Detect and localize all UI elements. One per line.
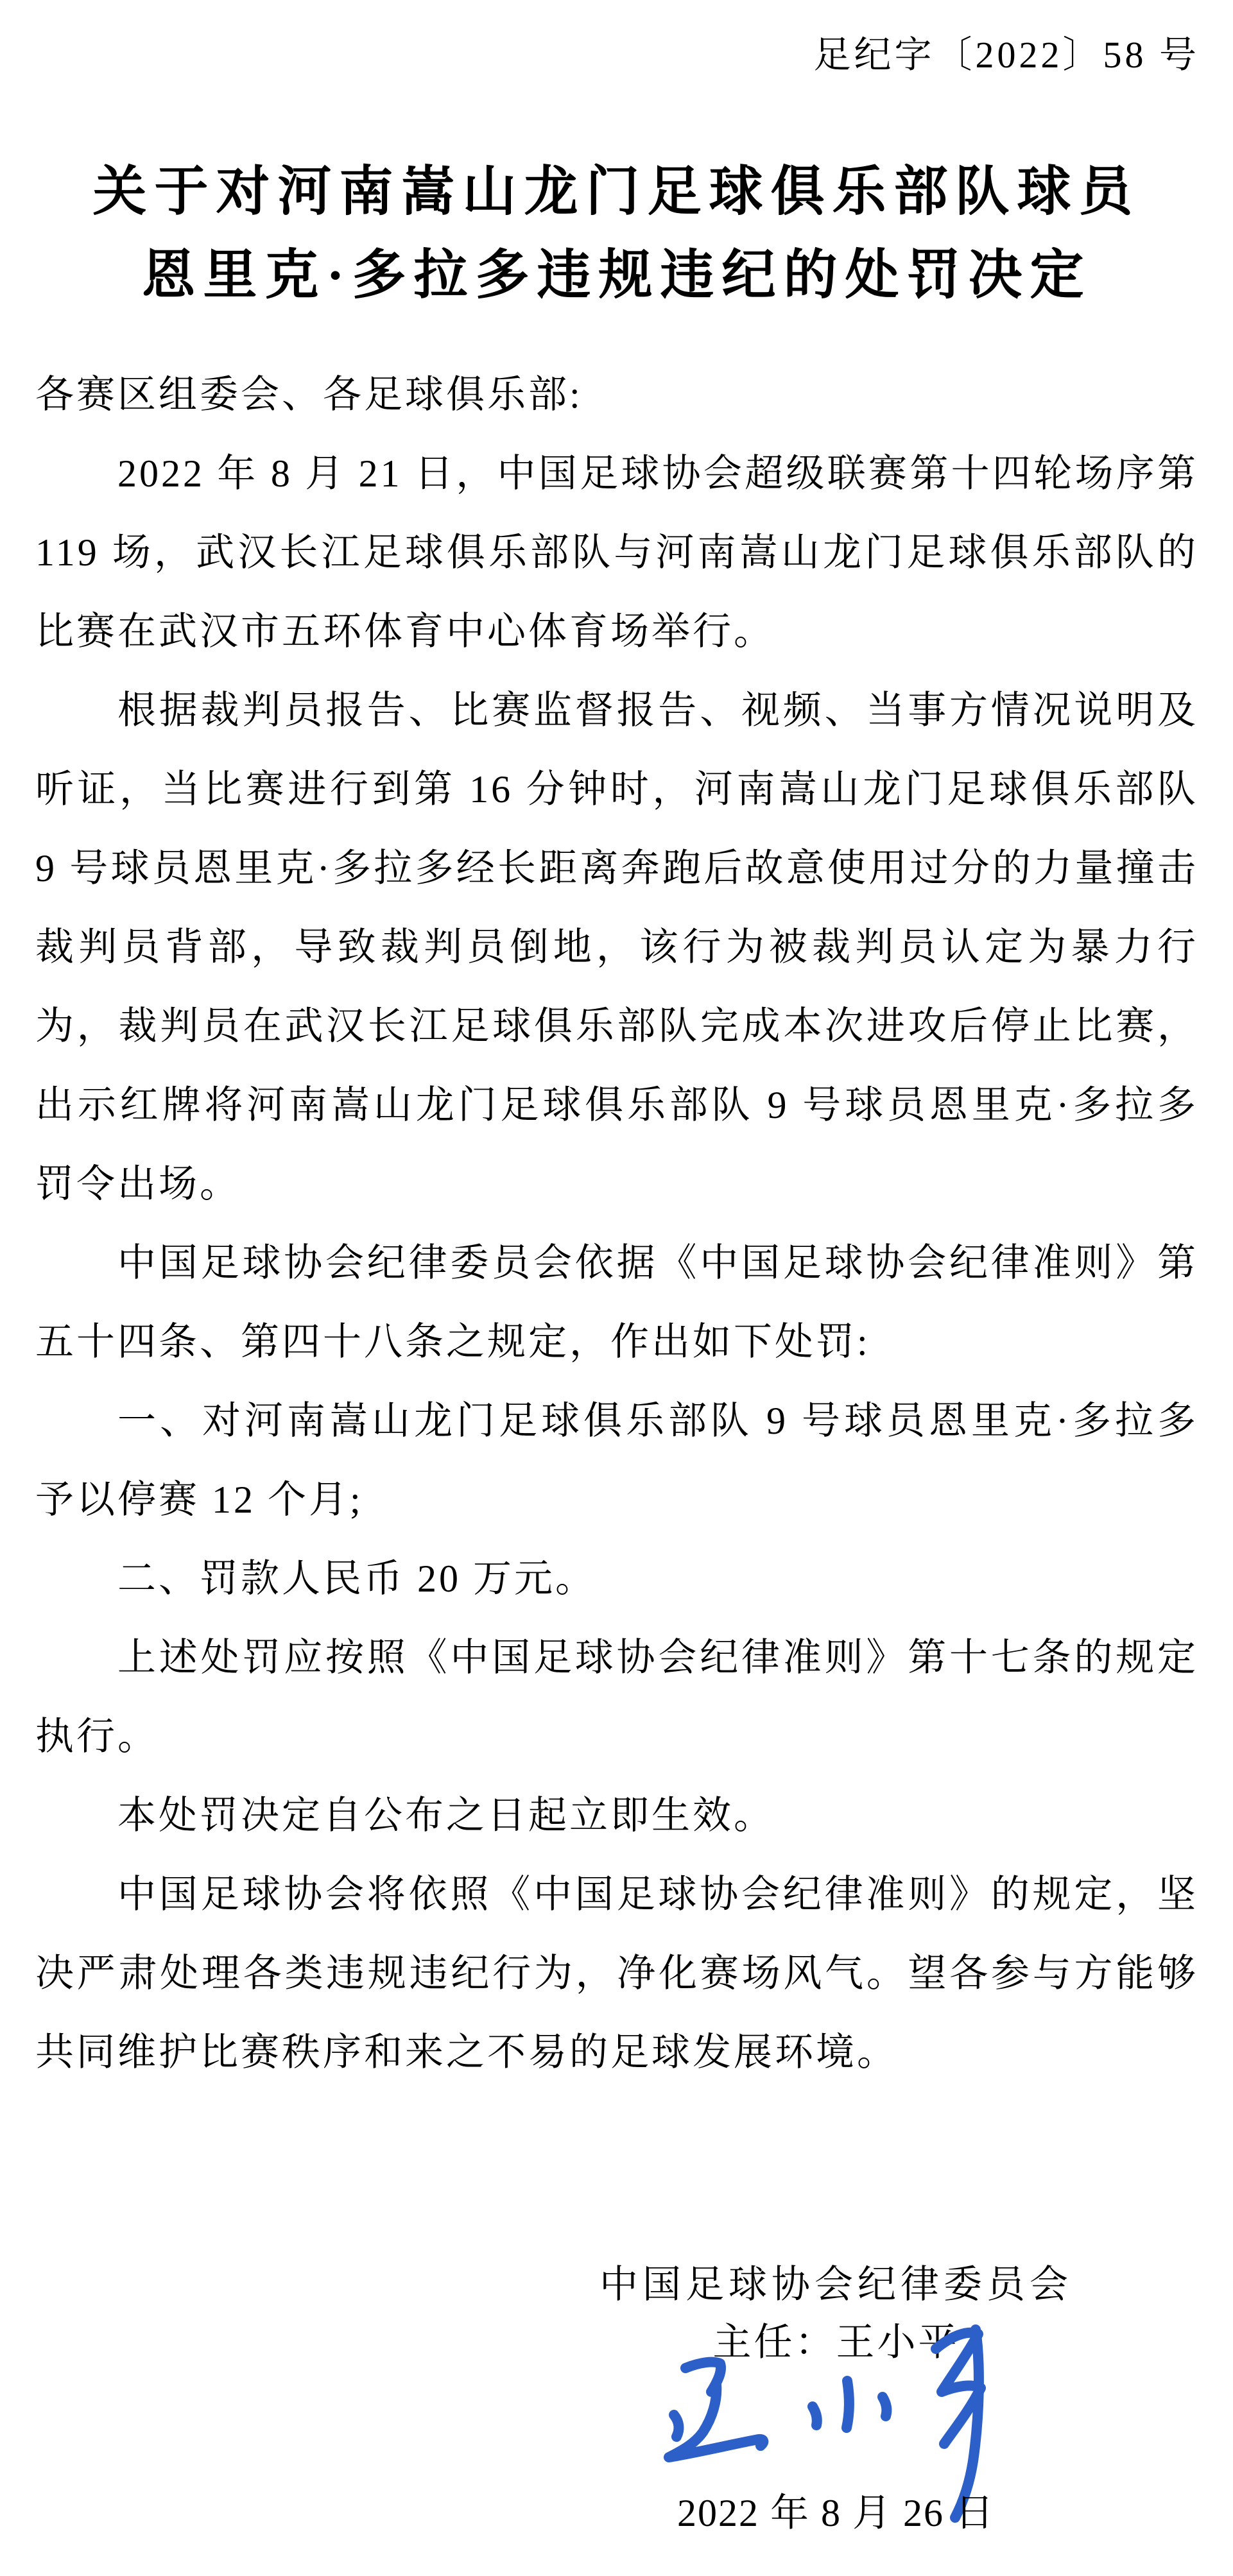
document-title-line-2: 恩里克·多拉多违规违纪的处罚决定 — [0, 234, 1233, 318]
signature-stroke — [674, 2415, 678, 2437]
signature-stroke — [669, 2384, 763, 2457]
salutation: 各赛区组委会、各足球俱乐部: — [35, 356, 1198, 434]
paragraph-ruling-basis: 中国足球协会纪律委员会依据《中国足球协会纪律准则》第五十四条、第四十八条之规定，… — [35, 1224, 1198, 1382]
paragraph-effective-date: 本处罚决定自公布之日起立即生效。 — [35, 1776, 1198, 1855]
paragraph-incident-description: 根据裁判员报告、比赛监督报告、视频、当事方情况说明及听证，当比赛进行到第 16 … — [35, 671, 1198, 1224]
paragraph-penalty-2-fine: 二、罚款人民币 20 万元。 — [35, 1540, 1198, 1619]
paragraph-penalty-1-suspension: 一、对河南嵩山龙门足球俱乐部队 9 号球员恩里克·多拉多予以停赛 12 个月; — [35, 1382, 1198, 1540]
paragraph-execution-rule: 上述处罚应按照《中国足球协会纪律准则》第十七条的规定执行。 — [35, 1619, 1198, 1776]
document-reference-number: 足纪字〔2022〕58 号 — [813, 24, 1200, 78]
document-body: 各赛区组委会、各足球俱乐部: 2022 年 8 月 21 日，中国足球协会超级联… — [35, 356, 1198, 2092]
paragraph-match-info: 2022 年 8 月 21 日，中国足球协会超级联赛第十四轮场序第 119 场，… — [35, 434, 1198, 671]
signature-date: 2022 年 8 月 26 日 — [597, 2482, 1075, 2537]
signature-stroke — [883, 2397, 886, 2416]
document-title-line-1: 关于对河南嵩山龙门足球俱乐部队球员 — [0, 151, 1233, 234]
paragraph-closing-statement: 中国足球协会将依照《中国足球协会纪律准则》的规定，坚决严肃处理各类违规违纪行为，… — [35, 1855, 1198, 2092]
signature-organization: 中国足球协会纪律委员会 — [597, 2254, 1075, 2309]
document-title: 关于对河南嵩山龙门足球俱乐部队球员 恩里克·多拉多违规违纪的处罚决定 — [0, 151, 1233, 318]
official-document-page: 足纪字〔2022〕58 号 关于对河南嵩山龙门足球俱乐部队球员 恩里克·多拉多违… — [0, 0, 1233, 2576]
signature-stroke — [847, 2381, 849, 2428]
signature-stroke — [813, 2407, 817, 2425]
